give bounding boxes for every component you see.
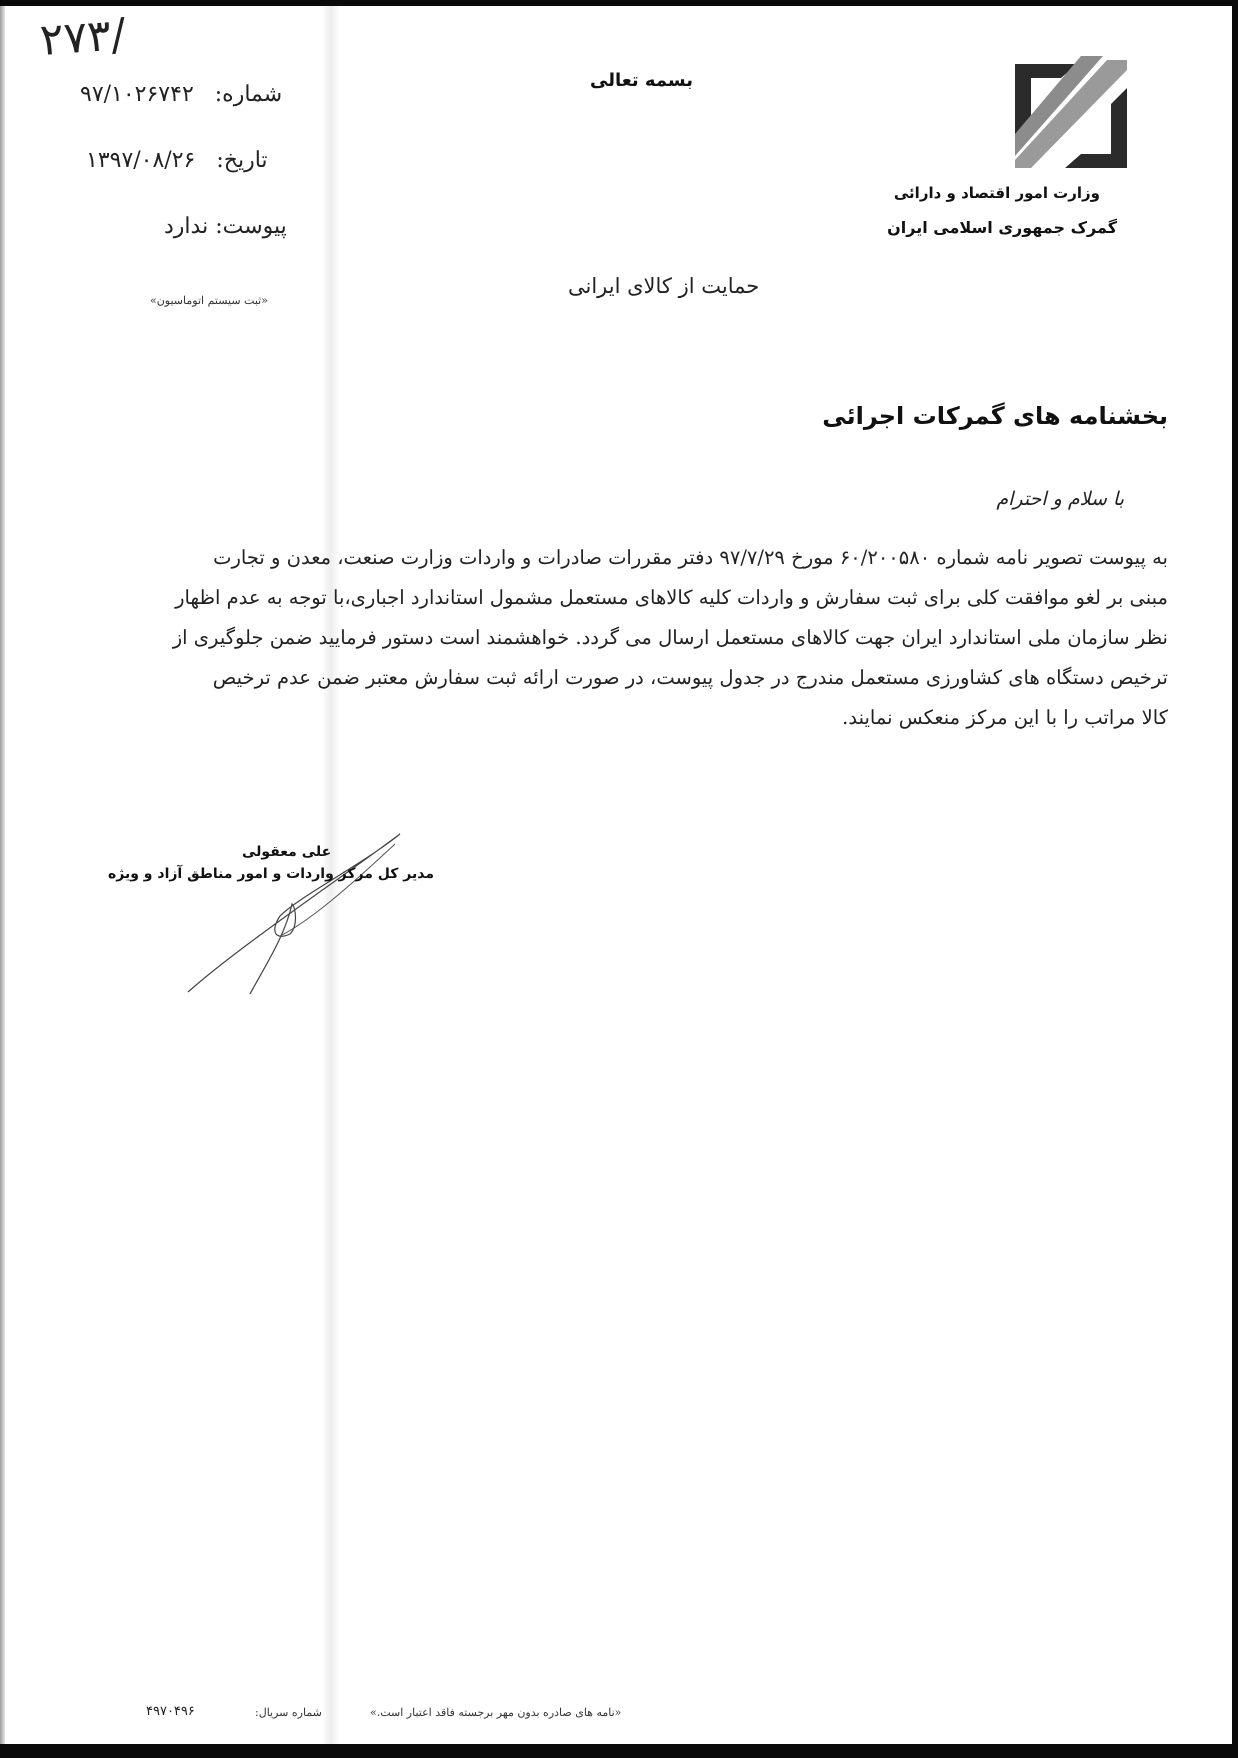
- letter-number-label: شماره:: [215, 82, 282, 107]
- letter-date-label: تاریخ:: [216, 148, 267, 173]
- letter-body: به پیوست تصویر نامه شماره ۶۰/۲۰۰۵۸۰ مورخ…: [120, 538, 1168, 738]
- customs-name: گمرک جمهوری اسلامی ایران: [887, 218, 1117, 237]
- letter-number-value: ۹۷/۱۰۲۶۷۴۲: [80, 82, 194, 107]
- greeting: با سلام و احترام: [996, 488, 1124, 510]
- letter-number: شماره: ۹۷/۱۰۲۶۷۴۲: [80, 82, 282, 107]
- body-line: ترخیص دستگاه های کشاورزی مستعمل مندرج در…: [120, 658, 1168, 698]
- signer-title: مدیر کل مرکز واردات و امور مناطق آزاد و …: [108, 866, 434, 882]
- body-line: کالا مراتب را با این مرکز منعکس نمایند.: [120, 698, 1168, 738]
- body-line: نظر سازمان ملی استاندارد ایران جهت کالاه…: [120, 618, 1168, 658]
- letter-attachment-value: ندارد: [164, 214, 208, 239]
- recipient-title: بخشنامه های گمرکات اجرائی: [822, 402, 1168, 430]
- letter-attachment: پیوست: ندارد: [164, 214, 287, 239]
- bismillah-heading: بسمه تعالی: [590, 70, 693, 91]
- footer-note: «نامه های صادره بدون مهر برجسته فاقد اعت…: [370, 1706, 621, 1719]
- handwritten-number: ۲۷۳/: [38, 9, 127, 66]
- signer-name: علی معقولی: [242, 844, 331, 860]
- automation-note: «ثبت سیستم اتوماسیون»: [150, 294, 268, 307]
- letter-date: تاریخ: ۱۳۹۷/۰۸/۲۶: [86, 148, 268, 173]
- scan-left-edge: [0, 6, 5, 1744]
- serial-label: شماره سریال:: [255, 1706, 322, 1719]
- letter-date-value: ۱۳۹۷/۰۸/۲۶: [86, 148, 195, 173]
- customs-logo-icon: [1015, 56, 1127, 174]
- slogan: حمایت از کالای ایرانی: [568, 274, 759, 298]
- ministry-name: وزارت امور اقتصاد و دارائی: [894, 184, 1100, 202]
- letter-page: ۲۷۳/ شماره: ۹۷/۱۰۲۶۷۴۲ تاریخ: ۱۳۹۷/۰۸/۲۶…: [0, 6, 1232, 1744]
- serial-number: ۴۹۷۰۴۹۶: [146, 1704, 195, 1719]
- body-line: مبنی بر لغو موافقت کلی برای ثبت سفارش و …: [120, 578, 1168, 618]
- letter-attachment-label: پیوست:: [215, 214, 287, 239]
- body-line: به پیوست تصویر نامه شماره ۶۰/۲۰۰۵۸۰ مورخ…: [120, 538, 1168, 578]
